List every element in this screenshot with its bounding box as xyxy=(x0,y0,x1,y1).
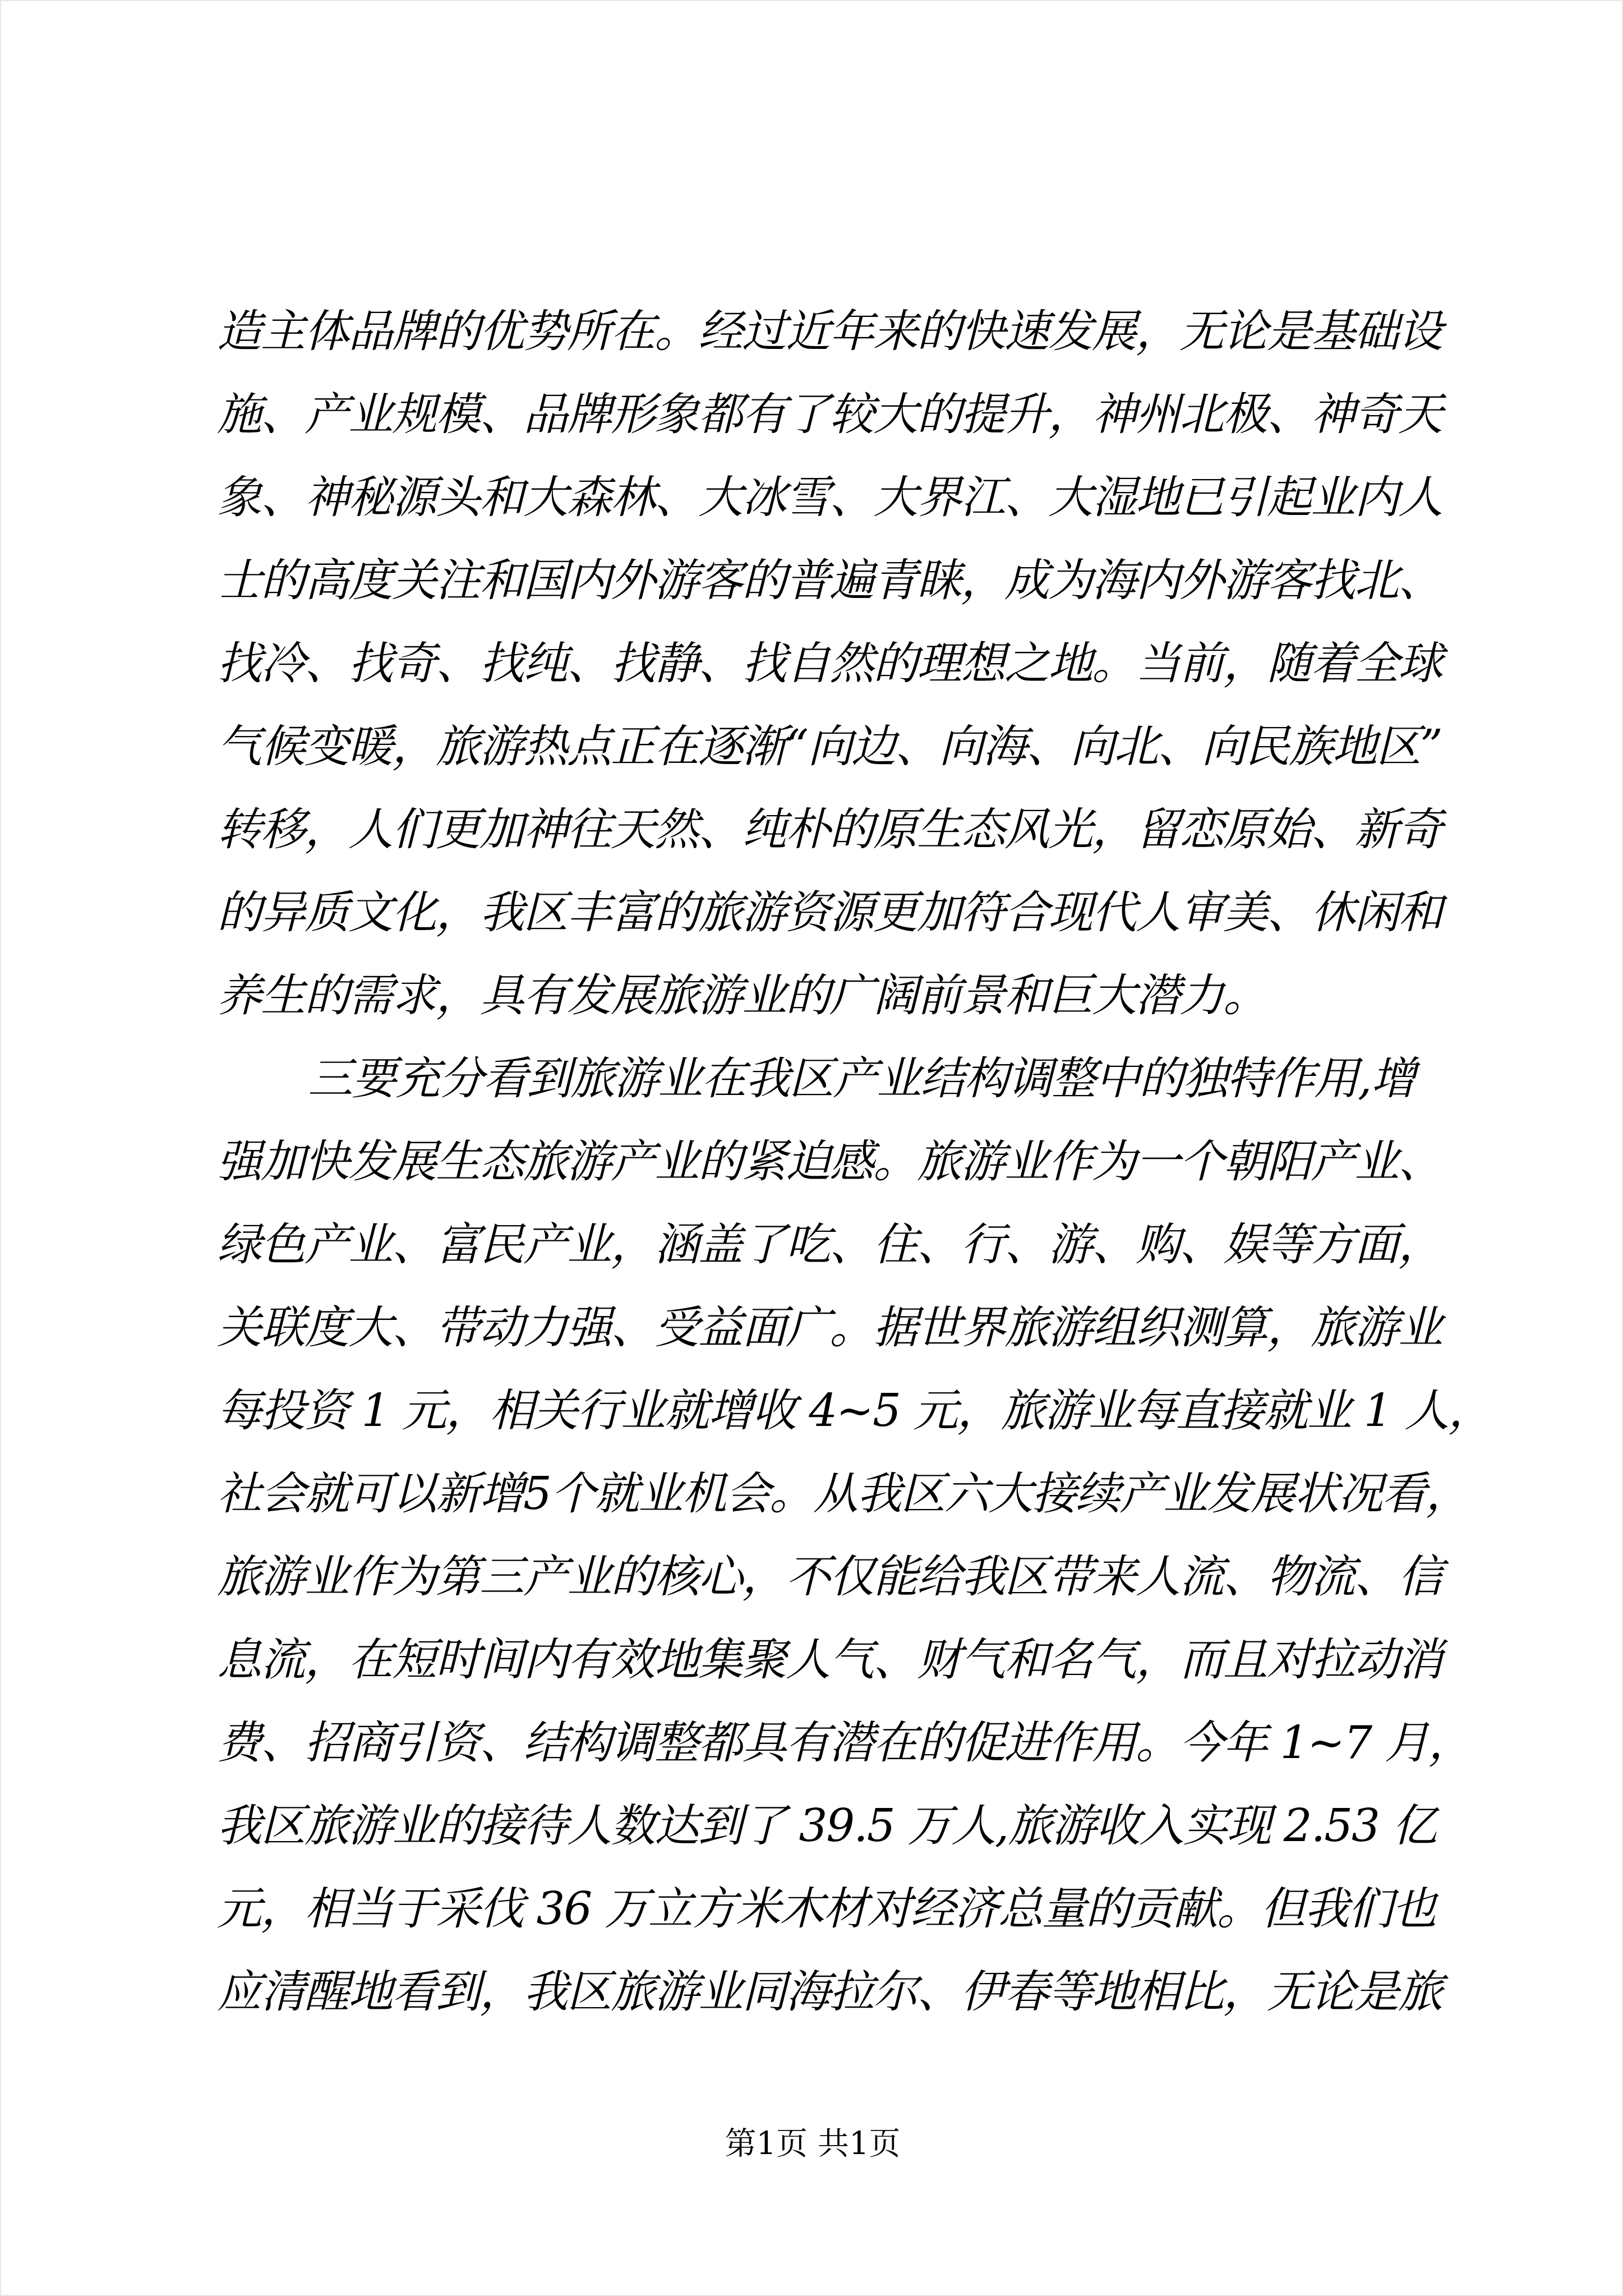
text-line: 社会就可以新增5个就业机会。从我区六大接续产业发展状况看， xyxy=(217,1452,1437,1535)
text-line: 息流，在短时间内有效地集聚人气、财气和名气，而且对拉动消 xyxy=(217,1618,1437,1701)
text-line: 养生的需求，具有发展旅游业的广阔前景和巨大潜力。 xyxy=(217,954,1437,1037)
document-page: 造主体品牌的优势所在。经过近年来的快速发展，无论是基础设 施、产业规模、品牌形象… xyxy=(0,0,1623,2296)
text-line: 气候变暖，旅游热点正在逐渐“向边、向海、向北、向民族地区” xyxy=(217,705,1437,788)
text-line: 施、产业规模、品牌形象都有了较大的提升，神州北极、神奇天 xyxy=(217,373,1437,456)
text-line: 我区旅游业的接待人数达到了 39.5 万人,旅游收入实现 2.53 亿 xyxy=(217,1784,1437,1867)
text-line: 费、招商引资、结构调整都具有潜在的促进作用。今年 1~7 月， xyxy=(217,1701,1437,1784)
text-line: 象、神秘源头和大森林、大冰雪、大界江、大湿地已引起业内人 xyxy=(217,456,1437,539)
text-line: 旅游业作为第三产业的核心，不仅能给我区带来人流、物流、信 xyxy=(217,1535,1437,1618)
text-line: 造主体品牌的优势所在。经过近年来的快速发展，无论是基础设 xyxy=(217,290,1437,373)
text-line: 转移，人们更加神往天然、纯朴的原生态风光，留恋原始、新奇 xyxy=(217,788,1437,871)
text-line: 绿色产业、富民产业，涵盖了吃、住、行、游、购、娱等方面， xyxy=(217,1203,1437,1286)
text-line-paragraph-start: 三要充分看到旅游业在我区产业结构调整中的独特作用,增 xyxy=(217,1037,1437,1120)
page-footer: 第1页 共1页 xyxy=(1,2119,1623,2164)
text-line: 强加快发展生态旅游产业的紧迫感。旅游业作为一个朝阳产业、 xyxy=(217,1120,1437,1203)
page-number-text: 第1页 共1页 xyxy=(725,2125,900,2162)
text-line: 士的高度关注和国内外游客的普遍青睐，成为海内外游客找北、 xyxy=(217,539,1437,622)
text-line: 的异质文化，我区丰富的旅游资源更加符合现代人审美、休闲和 xyxy=(217,871,1437,954)
text-line: 每投资 1 元，相关行业就增收 4~5 元，旅游业每直接就业 1 人， xyxy=(217,1369,1437,1452)
text-line: 关联度大、带动力强、受益面广。据世界旅游组织测算，旅游业 xyxy=(217,1286,1437,1369)
text-line: 应清醒地看到，我区旅游业同海拉尔、伊春等地相比，无论是旅 xyxy=(217,1950,1437,2033)
text-line: 找冷、找奇、找纯、找静、找自然的理想之地。当前，随着全球 xyxy=(217,622,1437,705)
text-line: 元，相当于采伐 36 万立方米木材对经济总量的贡献。但我们也 xyxy=(217,1867,1437,1950)
document-body: 造主体品牌的优势所在。经过近年来的快速发展，无论是基础设 施、产业规模、品牌形象… xyxy=(217,290,1437,2033)
